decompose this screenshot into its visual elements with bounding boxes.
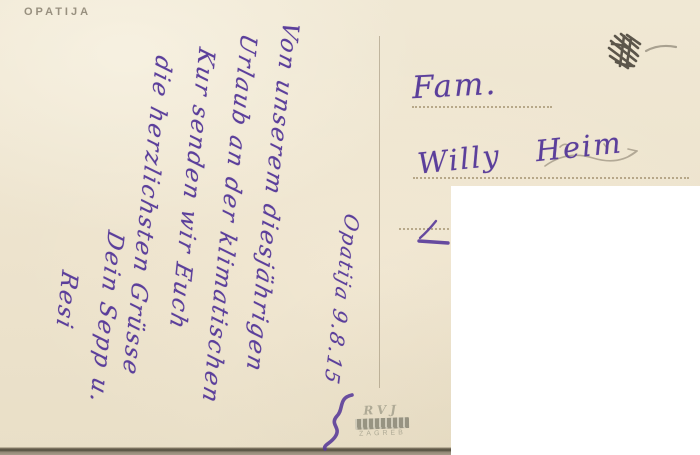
stamp-pencil-scribble-icon: [609, 34, 640, 68]
ink-fragment-line3: [419, 221, 448, 243]
pencil-dash-mark: [646, 46, 676, 51]
ink-flourish: [325, 395, 352, 449]
address-name-line-1: Fam.: [411, 66, 498, 106]
white-cover-rectangle: [451, 186, 700, 455]
postcard-scan: OPATIJA Fam. Willy Heim Von unse: [0, 0, 700, 455]
